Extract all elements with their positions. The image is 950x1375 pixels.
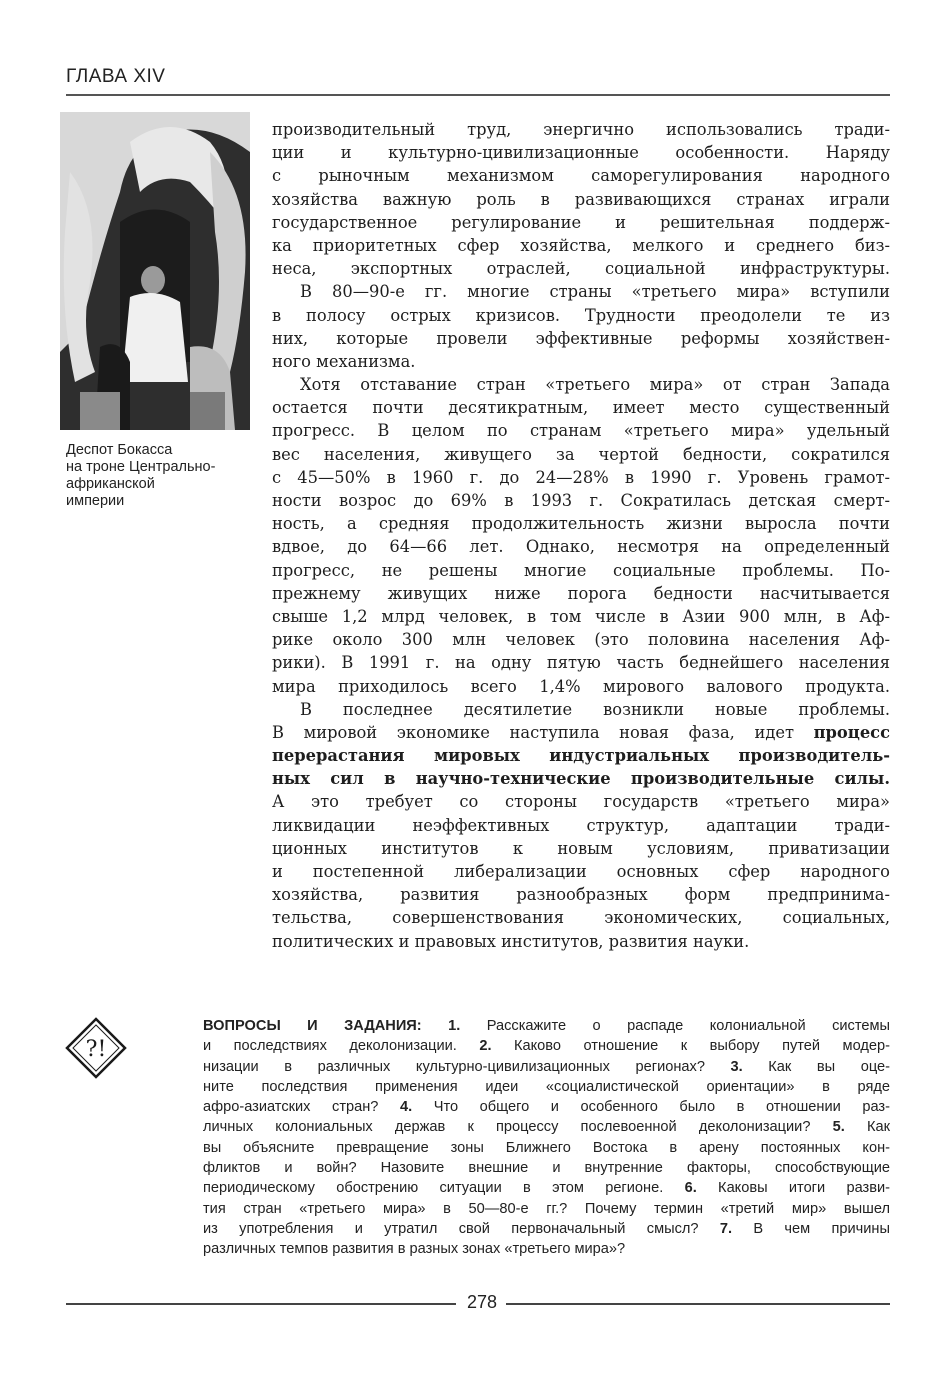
page-number: 278	[462, 1292, 502, 1313]
chapter-title: ГЛАВА XIV	[66, 66, 890, 88]
text-line: политических и правовых институтов, разв…	[272, 930, 890, 953]
question-line: фликтов и войн? Назовите внешние и внутр…	[203, 1158, 890, 1178]
text-line: прогресс, не решены многие социальные пр…	[272, 559, 890, 582]
question-line: ВОПРОСЫ И ЗАДАНИЯ: 1. Расскажите о распа…	[203, 1016, 890, 1036]
question-number: 3.	[731, 1059, 743, 1075]
emphasis-text: процесс	[814, 723, 890, 742]
paragraph-2: В 80—90-е гг. многие страны «третьего ми…	[272, 280, 890, 373]
text-line: ности возрос до 69% в 1993 г. Сократилас…	[272, 489, 890, 512]
text-line: хозяйства, развития разнообразных форм п…	[272, 883, 890, 906]
text-line: ционных институтов к новым условиям, при…	[272, 837, 890, 860]
question-text: личных колониальных держав к процессу по…	[203, 1119, 833, 1135]
text-line: Хотя отставание стран «третьего мира» от…	[272, 373, 890, 396]
question-text: Расскажите о распаде колониальной систем…	[460, 1018, 890, 1034]
question-text: фликтов и войн? Назовите внешние и внутр…	[203, 1160, 890, 1176]
text-line: вес населения, живущего за чертой беднос…	[272, 443, 890, 466]
emphasis-text: ных сил в научно-технические производите…	[272, 767, 890, 790]
text-line: ность, а средняя продолжительность жизни…	[272, 512, 890, 535]
question-text: различных темпов развития в разных зонах…	[203, 1241, 625, 1257]
question-number: 5.	[833, 1119, 845, 1135]
caption-line: Деспот Бокасса	[66, 442, 246, 459]
paragraph-3: Хотя отставание стран «третьего мира» от…	[272, 373, 890, 698]
text-line: рики). В 1991 г. на одну пятую часть бед…	[272, 651, 890, 674]
throne-photo-illustration	[60, 112, 250, 430]
questions-heading: ВОПРОСЫ И ЗАДАНИЯ:	[203, 1018, 422, 1034]
question-text: вы объясните превращение зоны Ближнего В…	[203, 1140, 890, 1156]
page-header: ГЛАВА XIV	[66, 66, 890, 88]
text-line: ликвидации неэффективных структур, адапт…	[272, 814, 890, 837]
main-body-text: производительный труд, энергично использ…	[272, 118, 890, 953]
text-line: В последнее десятилетие возникли новые п…	[272, 698, 890, 721]
question-line: периодическому обострению ситуации в это…	[203, 1178, 890, 1198]
question-line: афро-азиатских стран? 4. Что общего и ос…	[203, 1097, 890, 1117]
footer-divider-left	[66, 1303, 456, 1305]
question-number: 2.	[479, 1038, 491, 1054]
text-line: тельства, совершенствования экономически…	[272, 906, 890, 929]
question-line: из употребления и утратил свой первонача…	[203, 1219, 890, 1239]
text-line: ного механизма.	[272, 350, 890, 373]
questions-section: ВОПРОСЫ И ЗАДАНИЯ: 1. Расскажите о распа…	[203, 1016, 890, 1260]
paragraph-1: производительный труд, энергично использ…	[272, 118, 890, 280]
header-divider	[66, 94, 890, 96]
text-line: А это требует со стороны государств «тре…	[272, 790, 890, 813]
question-text: В чем причины	[732, 1221, 890, 1237]
question-text: Как вы оце-	[743, 1059, 890, 1075]
question-line: ните последствия применения идеи «социал…	[203, 1077, 890, 1097]
text-line: остается почти десятикратным, имеет мест…	[272, 396, 890, 419]
text-line: неса, экспортных отраслей, социальной ин…	[272, 257, 890, 280]
question-text: Каково отношение к выбору путей модер-	[492, 1038, 890, 1054]
text-line: с рыночным механизмом саморегулирования …	[272, 164, 890, 187]
caption-line: на троне Центрально-	[66, 459, 246, 476]
question-text: Что общего и особенного было в отношении…	[412, 1099, 890, 1115]
photo-caption: Деспот Бокасса на троне Центрально- афри…	[66, 442, 246, 510]
page-footer: 278	[66, 1292, 890, 1316]
svg-text:?!: ?!	[86, 1037, 107, 1062]
caption-line: африканской	[66, 476, 246, 493]
text-line: в полосу острых кризисов. Трудности прео…	[272, 304, 890, 327]
text-line: свыше 1,2 млрд человек, в том числе в Аз…	[272, 605, 890, 628]
text-line: вдвое, до 64—66 лет. Однако, несмотря на…	[272, 535, 890, 558]
text-line: них, которые провели эффективные реформы…	[272, 327, 890, 350]
question-number: 1.	[422, 1018, 461, 1034]
footer-divider-right	[506, 1303, 890, 1305]
question-line: и последствиях деколонизации. 2. Каково …	[203, 1036, 890, 1056]
question-text: Каковы итоги разви-	[697, 1180, 890, 1196]
text-line: В 80—90-е гг. многие страны «третьего ми…	[272, 280, 890, 303]
question-line: низации в различных культурно-цивилизаци…	[203, 1057, 890, 1077]
text-line: рике около 300 млн человек (это половина…	[272, 628, 890, 651]
question-line: различных темпов развития в разных зонах…	[203, 1239, 890, 1259]
question-number: 6.	[685, 1180, 697, 1196]
paragraph-4: В последнее десятилетие возникли новые п…	[272, 698, 890, 953]
text-line: прежнему живущих ниже порога бедности на…	[272, 582, 890, 605]
text-line: производительный труд, энергично использ…	[272, 118, 890, 141]
question-number: 4.	[400, 1099, 412, 1115]
photo-bokassa-throne	[60, 112, 250, 430]
question-text: афро-азиатских стран?	[203, 1099, 400, 1115]
text-line: и постепенной либерализации основных сфе…	[272, 860, 890, 883]
question-text: низации в различных культурно-цивилизаци…	[203, 1059, 731, 1075]
question-text: периодическому обострению ситуации в это…	[203, 1180, 685, 1196]
question-number: 7.	[720, 1221, 732, 1237]
text-line: ка приоритетных сфер хозяйства, мелкого …	[272, 234, 890, 257]
question-text: тия стран «третьего мира» в 50—80-е гг.?…	[203, 1201, 890, 1217]
text-line: хозяйства важную роль в развивающихся ст…	[272, 188, 890, 211]
question-line: вы объясните превращение зоны Ближнего В…	[203, 1138, 890, 1158]
question-line: тия стран «третьего мира» в 50—80-е гг.?…	[203, 1199, 890, 1219]
question-text: из употребления и утратил свой первонача…	[203, 1221, 720, 1237]
question-text: и последствиях деколонизации.	[203, 1038, 479, 1054]
question-line: личных колониальных держав к процессу по…	[203, 1117, 890, 1137]
question-exclamation-diamond-icon: ?!	[64, 1016, 128, 1080]
caption-line: империи	[66, 493, 246, 510]
emphasis-text: перерастания мировых индустриальных прои…	[272, 744, 890, 767]
text-line: прогресс. В целом по странам «третьего м…	[272, 419, 890, 442]
text-line: мира приходилось всего 1,4% мирового вал…	[272, 675, 890, 698]
text-line: В мировой экономике наступила новая фаза…	[272, 721, 890, 744]
text-span: В мировой экономике наступила новая фаза…	[272, 723, 814, 742]
question-text: Как	[845, 1119, 890, 1135]
text-line: ции и культурно-цивилизационные особенно…	[272, 141, 890, 164]
text-line: с 45—50% в 1960 г. до 24—28% в 1990 г. У…	[272, 466, 890, 489]
question-text: ните последствия применения идеи «социал…	[203, 1079, 890, 1095]
text-line: государственное регулирование и решитель…	[272, 211, 890, 234]
